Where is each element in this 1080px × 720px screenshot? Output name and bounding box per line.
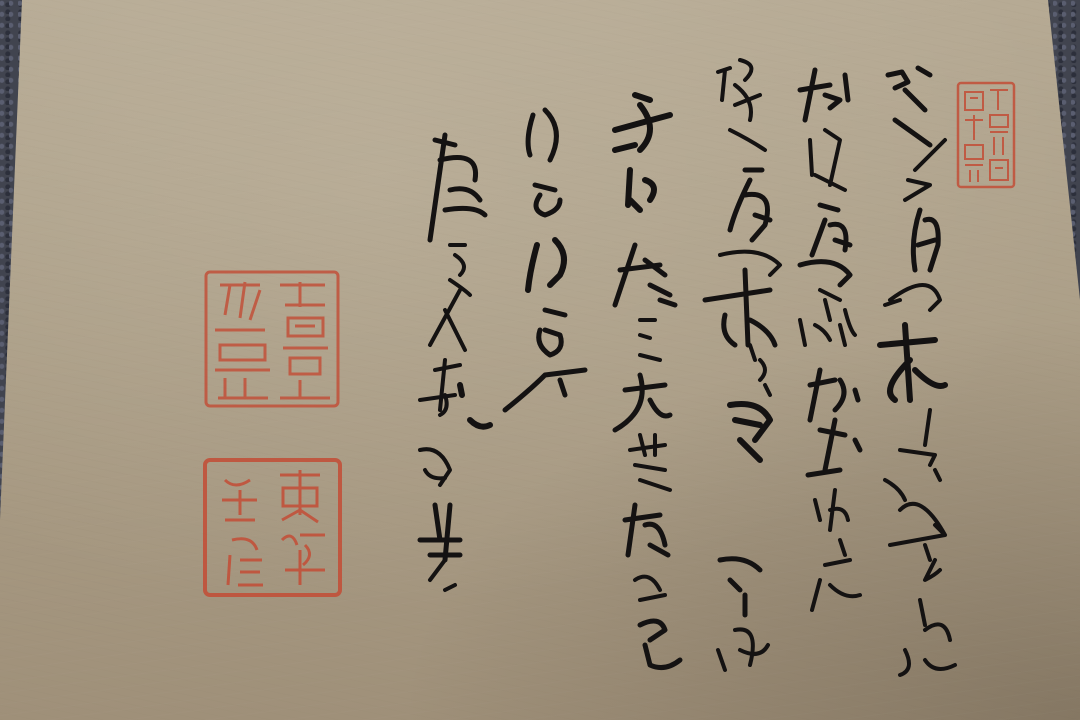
seal-layer bbox=[0, 0, 1080, 720]
lower-signature-seal bbox=[205, 460, 340, 595]
upper-signature-seal bbox=[206, 272, 338, 406]
scroll-photo bbox=[0, 0, 1080, 720]
leading-seal bbox=[958, 83, 1014, 187]
